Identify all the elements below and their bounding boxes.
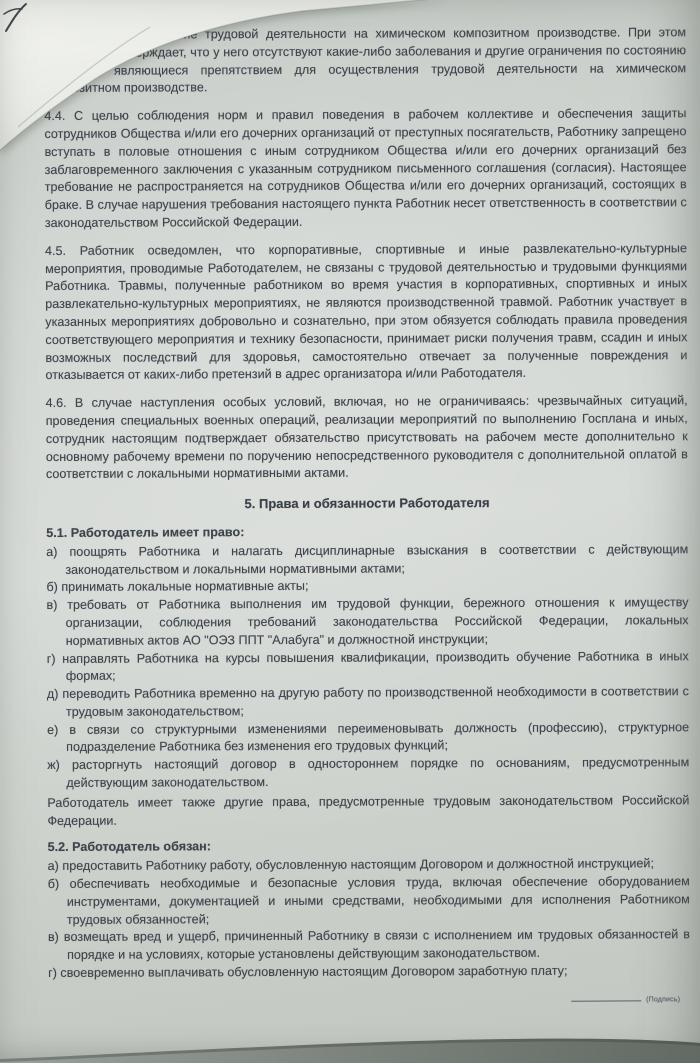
list-item-5-1-d: д) переводить Работника временно на друг…	[47, 683, 689, 721]
paragraph-4-5: 4.5. Работник осведомлен, что корпоратив…	[45, 240, 688, 385]
list-item-5-1-a: а) поощрять Работника и налагать дисципл…	[46, 541, 688, 579]
section-5-1-items: а) поощрять Работника и налагать дисципл…	[46, 541, 689, 793]
paragraph-5-1-other-rights: Работодатель имеет также другие права, п…	[47, 792, 689, 830]
signature-caption: (Подпись)	[646, 996, 680, 1003]
paragraph-4-4: 4.4. С целью соблюдения норм и правил по…	[44, 105, 687, 232]
desk-surface	[0, 1029, 700, 1063]
pen-mark-icon	[2, 1, 32, 37]
section-5-2-items: а) предоставить Работнику работу, обусло…	[48, 855, 691, 982]
list-item-5-1-e: е) в связи со структурными изменениями п…	[47, 719, 689, 757]
document-photo: 4.3.3. На осуществление трудовой деятель…	[0, 0, 700, 1063]
section-5-1-title: 5.1. Работодатель имеет право:	[46, 522, 688, 543]
list-item-5-1-zh: ж) расторгнуть настоящий договор в однос…	[47, 754, 689, 792]
section-5-heading: 5. Права и обязанности Работодателя	[46, 493, 688, 514]
paragraph-4-3-3: 4.3.3. На осуществление трудовой деятель…	[44, 24, 686, 98]
contract-page-text: 4.3.3. На осуществление трудовой деятель…	[44, 24, 690, 1011]
signature-block: (Подпись)	[48, 989, 690, 1012]
list-item-5-2-b: б) обеспечивать необходимые и безопасные…	[48, 873, 690, 929]
list-item-5-2-g: г) своевременно выплачивать обусловленну…	[48, 962, 690, 983]
list-item-5-2-v: в) возмещать вред и ущерб, причиненный Р…	[48, 927, 690, 965]
section-5-2-title: 5.2. Работодатель обязан:	[48, 837, 690, 858]
signature-line	[571, 991, 641, 1001]
list-item-5-1-g: г) направлять Работника на курсы повышен…	[47, 648, 689, 686]
paragraph-4-6: 4.6. В случае наступления особых условий…	[46, 392, 688, 484]
list-item-5-1-v: в) требовать от Работника выполнения им …	[46, 594, 688, 650]
